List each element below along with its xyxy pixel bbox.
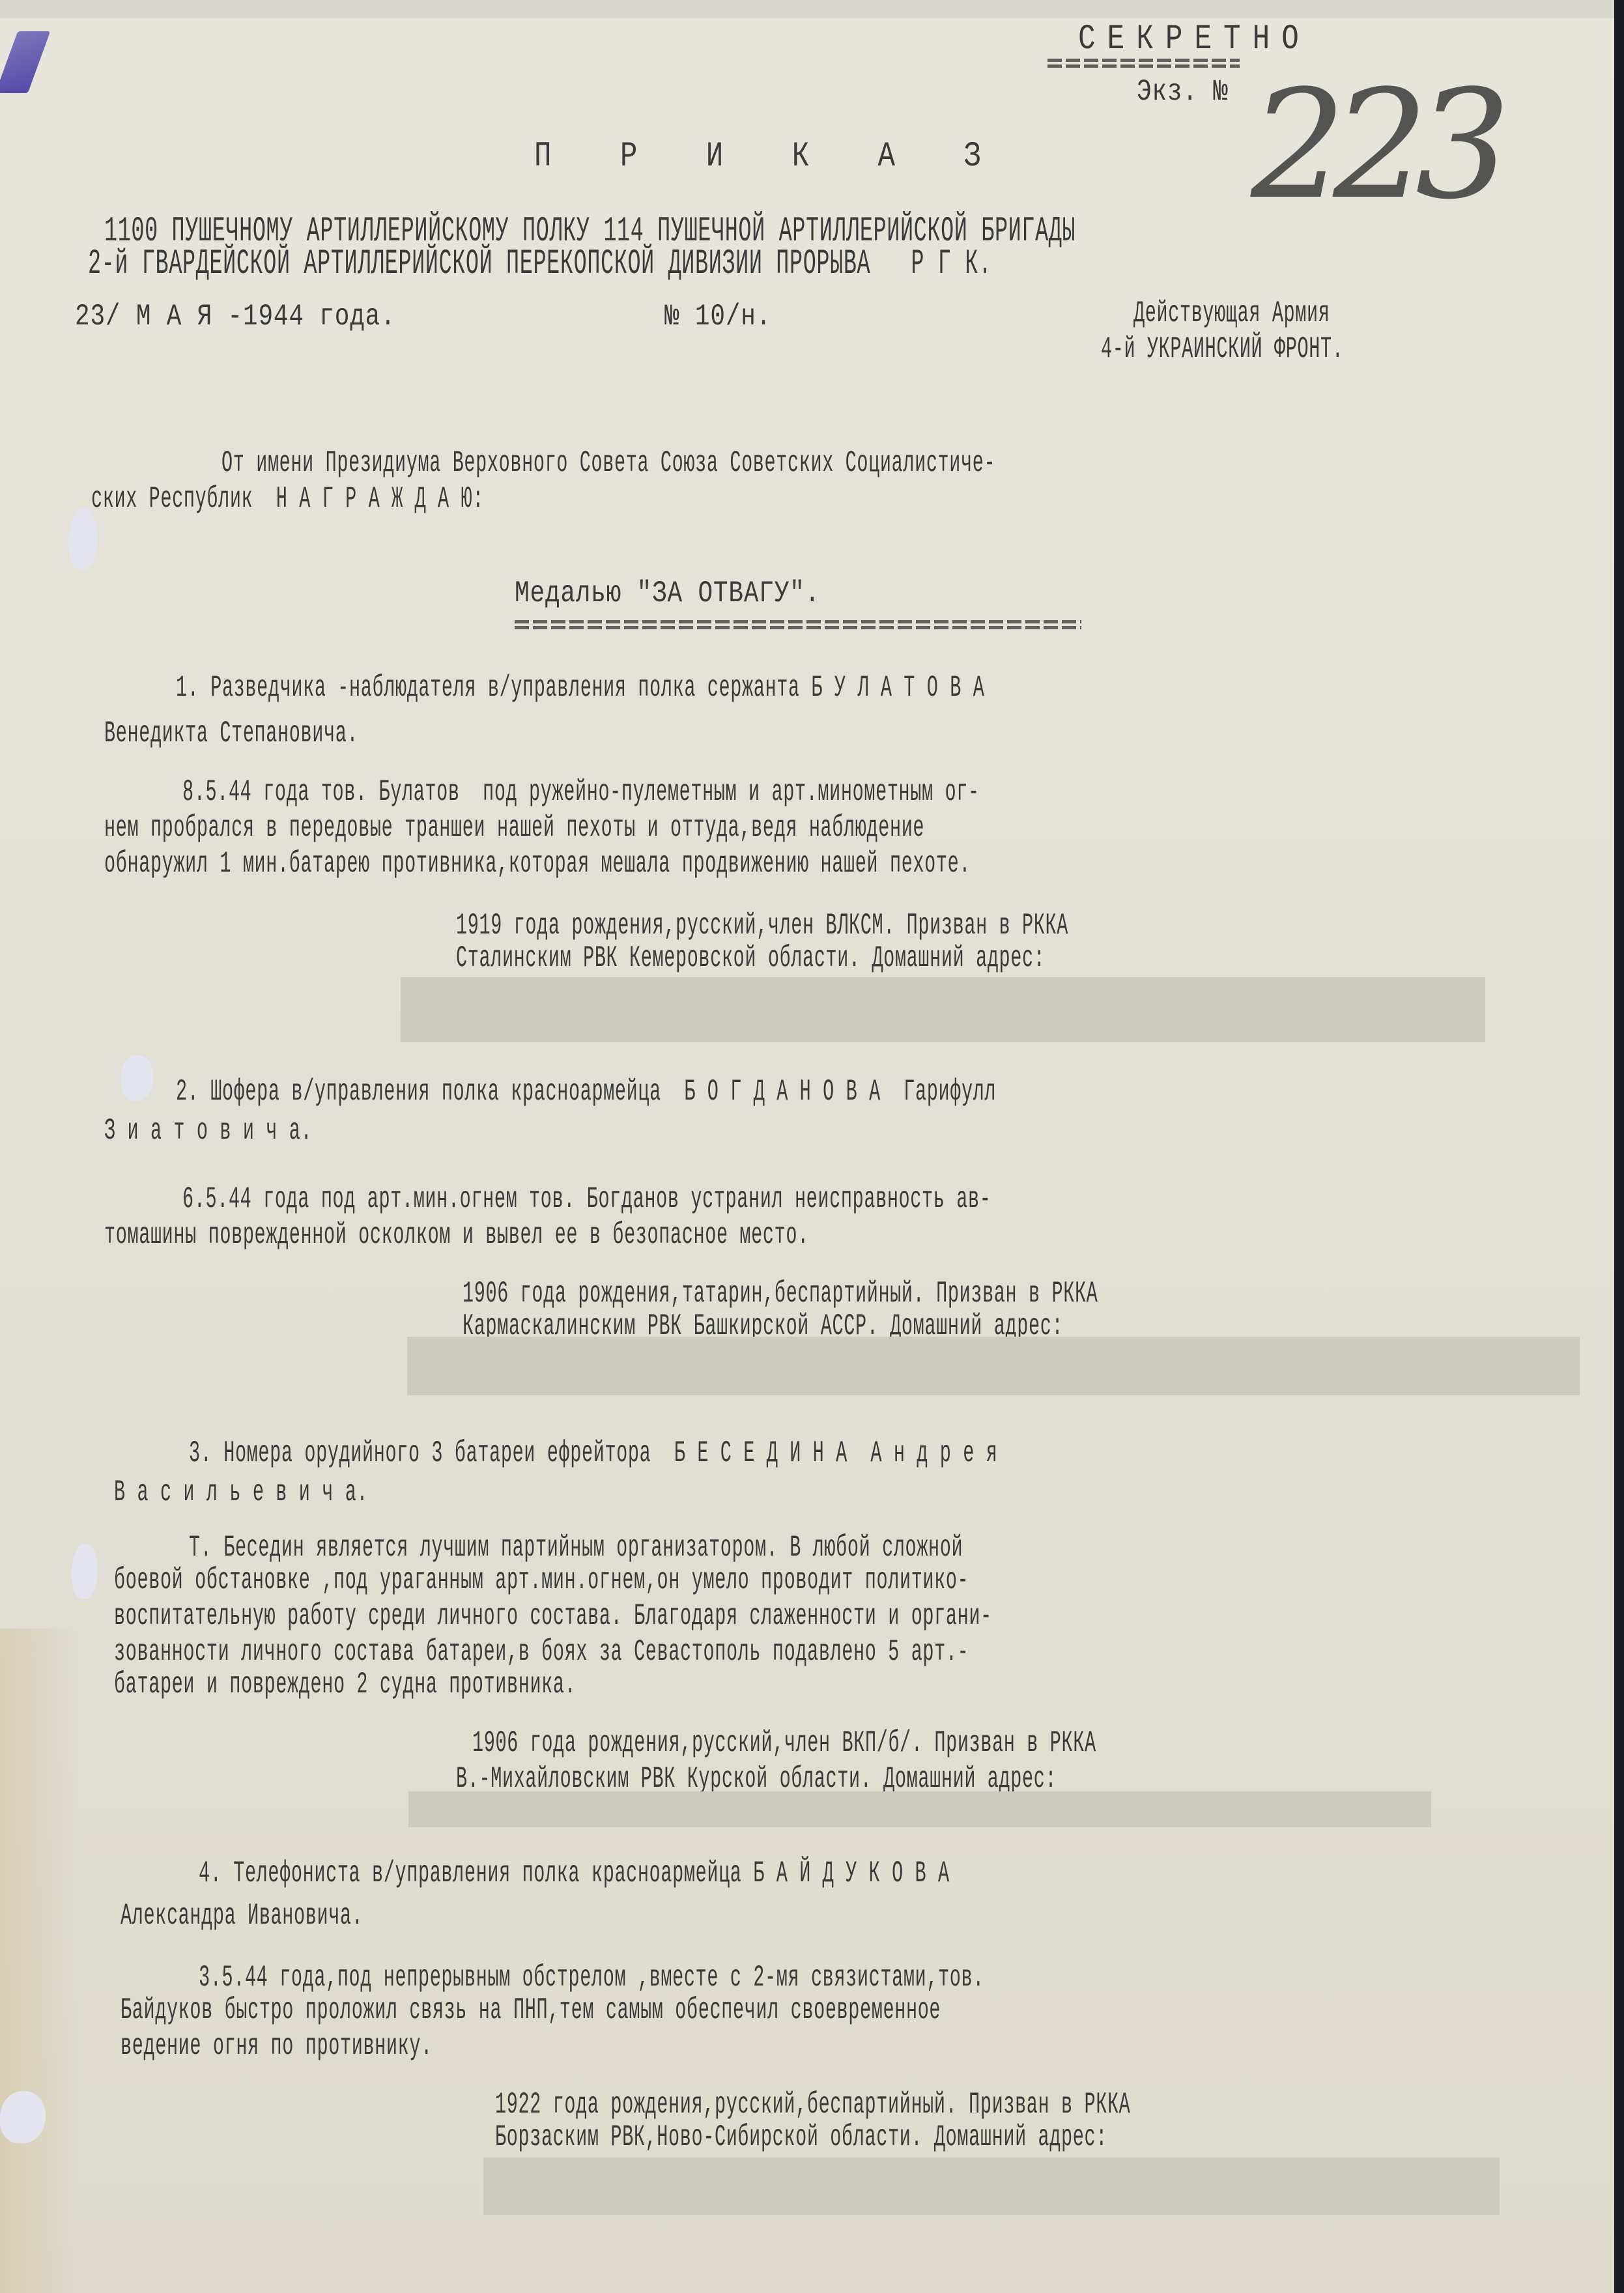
redacted-address xyxy=(483,2158,1500,2215)
redacted-address xyxy=(407,1337,1580,1395)
entry-heading: 1. Разведчика -наблюдателя в/управления … xyxy=(176,671,984,705)
entry-heading: 4. Телефониста в/управления полка красно… xyxy=(199,1857,950,1890)
entry-text-line: боевой обстановке ,под ураганным арт.мин… xyxy=(114,1563,969,1597)
copy-label: Экз. № xyxy=(1137,75,1229,109)
entry-heading: 2. Шофера в/управления полка красноармей… xyxy=(176,1075,996,1109)
entry-text-line: Т. Беседин является лучшим партийным орг… xyxy=(189,1531,963,1565)
punch-hole xyxy=(0,2091,46,2143)
order-title: П Р И К А З xyxy=(534,140,1006,174)
location-line-2: 4-й УКРАИНСКИЙ ФРОНТ. xyxy=(1101,332,1343,366)
entry-text-line: Байдуков быстро проложил связь на ПНП,те… xyxy=(121,1993,941,2027)
unit-line-2: 2-й ГВАРДЕЙСКОЙ АРТИЛЛЕРИЙСКОЙ ПЕРЕКОПСК… xyxy=(88,248,992,281)
entry-name: З и а т о в и ч а. xyxy=(104,1114,312,1148)
entry-bio-line: 1906 года рождения,русский,член ВКП/б/. … xyxy=(472,1726,1096,1760)
entry-name: В а с и л ь е в и ч а. xyxy=(114,1475,368,1509)
entry-bio-line: 1906 года рождения,татарин,беспартийный.… xyxy=(463,1277,1098,1311)
entry-text-line: томашины поврежденной осколком и вывел е… xyxy=(104,1218,809,1252)
entry-text-line: батареи и повреждено 2 судна противника. xyxy=(114,1668,576,1702)
punch-hole xyxy=(68,508,98,570)
secret-stamp: СЕКРЕТНО xyxy=(1078,23,1311,57)
entry-bio-line: Сталинским РВК Кемеровской области. Дома… xyxy=(456,941,1045,975)
document-page xyxy=(0,18,1614,2293)
entry-text-line: ведение огня по противнику. xyxy=(121,2029,433,2063)
order-number: № 10/н. xyxy=(664,300,771,334)
preamble-line-2: ских Республик Н А Г Р А Ж Д А Ю: xyxy=(91,482,484,516)
entry-text-line: воспитательную работу среди личного сост… xyxy=(114,1599,992,1633)
entry-text-line: обнаружил 1 мин.батарею противника,котор… xyxy=(104,847,971,881)
entry-text-line: нем пробрался в передовые траншеи нашей … xyxy=(104,811,924,845)
location-line-1: Действующая Армия xyxy=(1133,296,1330,330)
entry-name: Александра Ивановича. xyxy=(121,1899,363,1933)
redacted-address xyxy=(401,977,1485,1042)
paper-stain xyxy=(0,1629,78,2293)
preamble-line-1: От имени Президиума Верховного Совета Со… xyxy=(221,446,995,480)
scan-edge xyxy=(1614,0,1624,2293)
order-date: 23/ М А Я -1944 года. xyxy=(75,300,396,334)
secret-underline xyxy=(1047,59,1240,68)
entry-bio-line: 1922 года рождения,русский,беспартийный.… xyxy=(495,2088,1130,2122)
entry-text-line: 3.5.44 года,под непрерывным обстрелом ,в… xyxy=(199,1961,984,1995)
entry-bio-line: 1919 года рождения,русский,член ВЛКСМ. П… xyxy=(456,909,1068,943)
punch-hole xyxy=(121,1055,153,1101)
redacted-address xyxy=(408,1791,1431,1827)
entry-text-line: зованности личного состава батареи,в боя… xyxy=(114,1635,969,1669)
entry-bio-line: Борзаским РВК,Ново-Сибирской области. До… xyxy=(495,2120,1107,2154)
award-underline xyxy=(515,620,1081,629)
award-title: Медалью "ЗА ОТВАГУ". xyxy=(515,577,820,610)
entry-heading: 3. Номера орудийного 3 батареи ефрейтора… xyxy=(189,1436,997,1470)
entry-text-line: 8.5.44 года тов. Булатов под ружейно-пул… xyxy=(182,775,980,809)
punch-hole xyxy=(72,1544,98,1599)
handwritten-copy-number: 223 xyxy=(1251,59,1498,233)
entry-name: Венедикта Степановича. xyxy=(104,717,358,750)
entry-text-line: 6.5.44 года под арт.мин.огнем тов. Богда… xyxy=(182,1182,991,1216)
